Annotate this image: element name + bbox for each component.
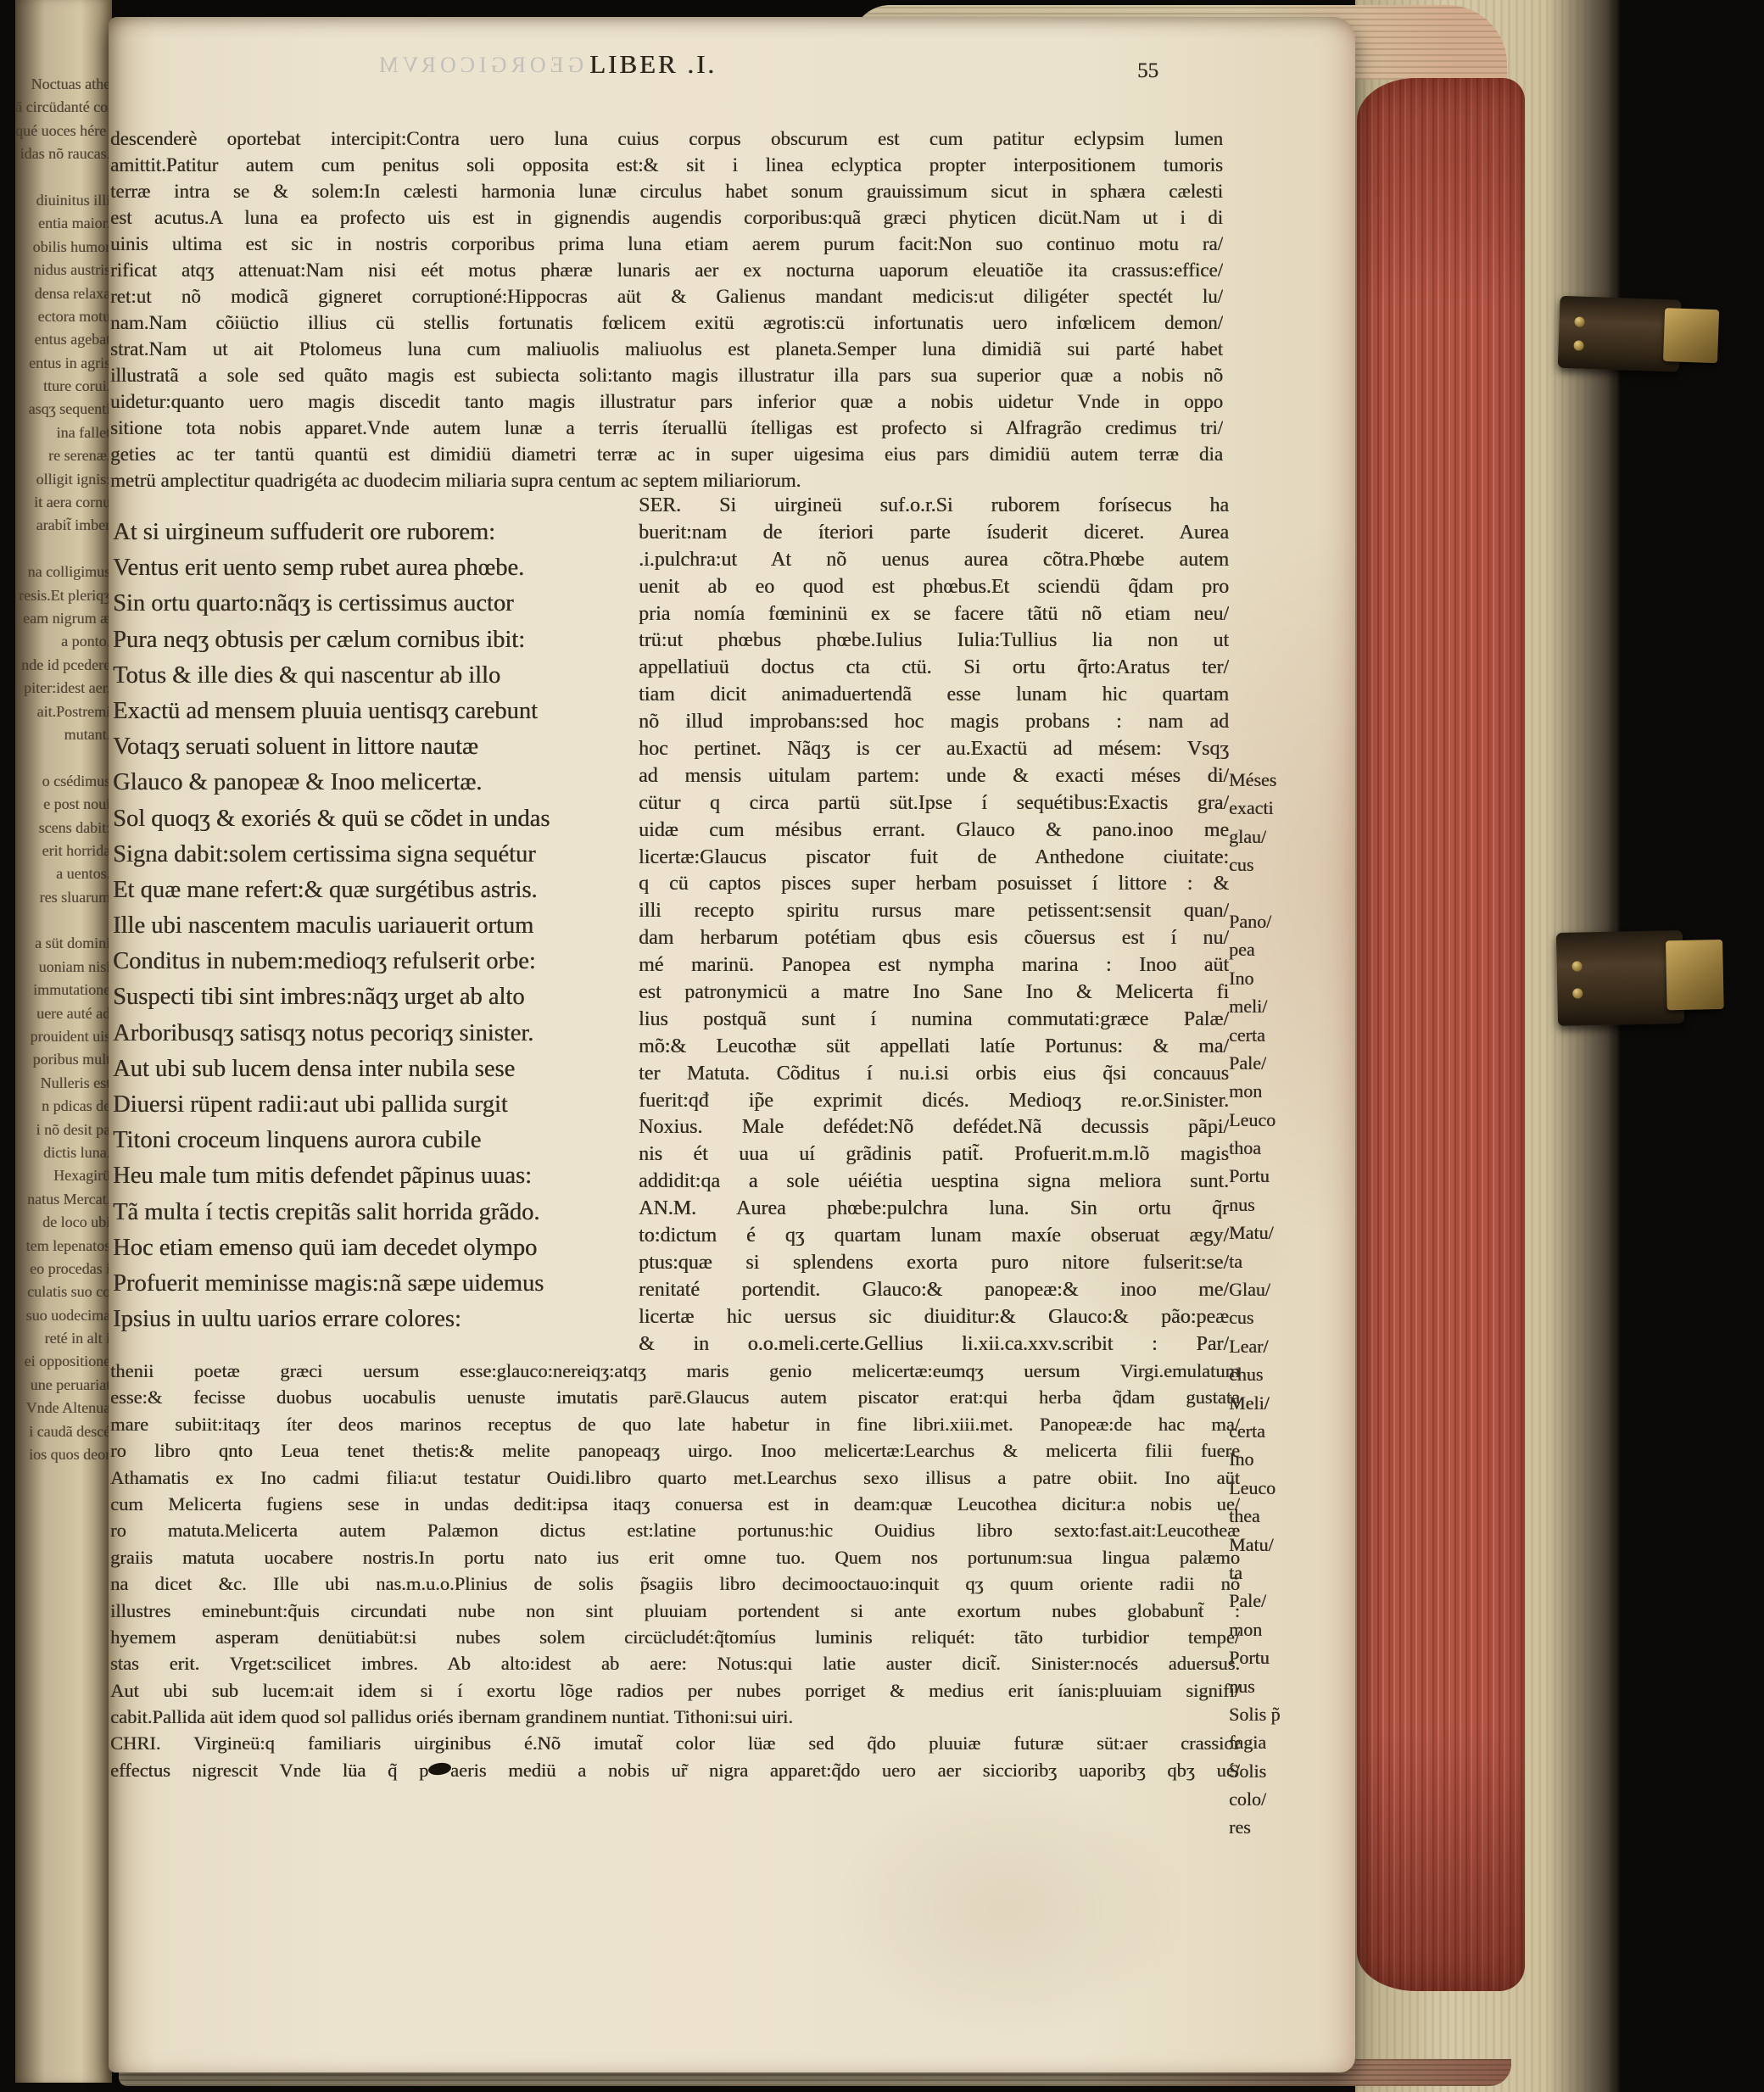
facing-fragment: res sluarum xyxy=(15,886,110,909)
facing-fragment: Hexagirü xyxy=(15,1164,110,1187)
facing-fragment xyxy=(15,166,110,189)
clasp-strap xyxy=(1556,930,1684,1026)
facing-fragment: ã circüdanté coll xyxy=(15,96,110,119)
margin-note: cus xyxy=(1229,1303,1356,1331)
margin-note: Leuco xyxy=(1229,1106,1356,1134)
commentary-footer-line: na dicet &c. Ille ubi nas.m.u.o.Plinius … xyxy=(110,1570,1240,1597)
facing-fragment: une peruariat xyxy=(15,1374,110,1397)
poem-line: Votaqʒ seruati soluent in littore nautæ xyxy=(113,729,698,765)
margin-note: Lear/ xyxy=(1229,1332,1356,1360)
poem-column: At si uirgineum suffuderit ore ruborem:V… xyxy=(113,515,698,1337)
margin-note: Solis xyxy=(1229,1757,1356,1785)
intro-line: ret:ut nõ modicã gigneret corruptioné:Hi… xyxy=(110,283,1223,310)
poem-line: Conditus in nubem:medioqʒ refulserit orb… xyxy=(113,944,698,979)
facing-fragment: i nõ desit pa xyxy=(15,1119,110,1141)
clasp-brass-plate xyxy=(1666,940,1723,1010)
commentary-line: addidit:qa a sole uéiétia uesptina signa… xyxy=(639,1169,1229,1196)
margin-note: res xyxy=(1229,1813,1356,1841)
commentary-line: Noxius. Male defédet:Nõ defédet.Nã decus… xyxy=(639,1114,1229,1141)
poem-line: Heu male tum mitis defendet pãpinus uuas… xyxy=(113,1158,698,1194)
facing-fragment: uere auté ad xyxy=(15,1002,110,1025)
commentary-line: mõ:& Leucothæ süt appellati latíe Portun… xyxy=(639,1034,1229,1061)
clasp-bottom xyxy=(1555,914,1724,1046)
poem-line: Titoni croceum linquens aurora cubile xyxy=(113,1123,698,1158)
intro-paragraph: descenderè oportebat intercipit:Contra u… xyxy=(110,126,1223,494)
commentary-line: & in o.o.meli.certe.Gellius li.xii.ca.xx… xyxy=(639,1331,1229,1358)
commentary-footer-line: stas erit. Vrget:scilicet imbres. Ab alt… xyxy=(110,1650,1240,1676)
facing-fragment: na colligimus xyxy=(15,561,110,583)
poem-line: Aut ubi sub lucem densa inter nubila ses… xyxy=(113,1052,698,1087)
facing-fragment: ina fallet xyxy=(15,421,110,444)
commentary-footer-line: mare subiit:itaqʒ íter deos marinos rece… xyxy=(110,1411,1240,1437)
commentary-line: dam herbarum potétiam qbus esis cõuersus… xyxy=(639,925,1229,952)
commentary-footer-line: Aut ubi sub lucem:ait idem si í exortu l… xyxy=(110,1677,1240,1704)
commentary-line: ad mensis uitulam partem: unde & exacti … xyxy=(639,763,1229,790)
commentary-line: tiam dicit animaduertendã esse lunam hic… xyxy=(639,682,1229,709)
facing-fragment: n pdicas de xyxy=(15,1095,110,1118)
facing-fragment: diuinitus illi xyxy=(15,189,110,212)
margin-note: exacti xyxy=(1229,794,1356,822)
margin-note: certa xyxy=(1229,1417,1356,1445)
facing-fragment: natus Mercat. xyxy=(15,1188,110,1211)
facing-page-text-fragments: Noctuas atheã circüdanté collqué uoces h… xyxy=(15,73,110,1466)
facing-fragment: olligit ignis: xyxy=(15,468,110,491)
poem-line: Et quæ mane refert:& quæ surgétibus astr… xyxy=(113,873,698,908)
facing-fragment xyxy=(15,746,110,769)
facing-fragment: ait.Postremi xyxy=(15,700,110,723)
margin-note: mon xyxy=(1229,1615,1356,1643)
margin-note: ta xyxy=(1229,1559,1356,1587)
commentary-line: renitaté portendit. Glauco:& panopeæ:& i… xyxy=(639,1277,1229,1304)
margin-note: Ino xyxy=(1229,1445,1356,1473)
facing-fragment: o csédimus xyxy=(15,770,110,793)
poem-line: Sol quoqʒ & exoriés & quü se cõdet in un… xyxy=(113,801,698,837)
commentary-line: ptus:quæ si splendens exorta puro nitore… xyxy=(639,1250,1229,1277)
poem-line: Hoc etiam emenso quü iam decedet olympo xyxy=(113,1230,698,1266)
intro-line: descenderè oportebat intercipit:Contra u… xyxy=(110,126,1223,152)
commentary-line: ter Matuta. Cõditus í nu.i.si orbis eius… xyxy=(639,1061,1229,1088)
facing-fragment: reté in alt i xyxy=(15,1327,110,1350)
facing-fragment: nidus austris xyxy=(15,259,110,282)
commentary-footer-line: ro matuta.Melicerta autem Palæmon dictus… xyxy=(110,1517,1240,1543)
facing-fragment: idas nõ raucas. xyxy=(15,142,110,165)
facing-fragment: poribus mult xyxy=(15,1048,110,1071)
facing-fragment: nde id pcedere xyxy=(15,654,110,677)
poem-line: Glauco & panopeæ & Inoo melicertæ. xyxy=(113,765,698,801)
facing-fragment: eam nigrum æ xyxy=(15,607,110,630)
commentary-line: to:dictum é qʒ quartam lunam maxíe obser… xyxy=(639,1223,1229,1250)
facing-fragment: prouident uis xyxy=(15,1025,110,1048)
fore-edge xyxy=(1357,78,1525,1991)
facing-fragment: immutatione xyxy=(15,979,110,1001)
facing-fragment: qué uoces hére a xyxy=(15,120,110,142)
margin-note: glau/ xyxy=(1229,823,1356,851)
commentary-line: buerit:nam de íteriori parte ísuderit di… xyxy=(639,520,1229,547)
facing-fragment: a süt domini xyxy=(15,932,110,955)
margin-note: Matu/ xyxy=(1229,1531,1356,1559)
facing-fragment: piter:idest aer. xyxy=(15,677,110,700)
commentary-line: uidæ cum mésibus errant. Glauco & pano.i… xyxy=(639,817,1229,845)
margin-note: Meli/ xyxy=(1229,1389,1356,1417)
commentary-line: est patronymicü a matre Ino Sane Ino & M… xyxy=(639,979,1229,1007)
poem-line: Tã multa í tectis crepitãs salit horrida… xyxy=(113,1195,698,1230)
margin-note: Pale/ xyxy=(1229,1587,1356,1615)
commentary-line: appellatiuü doctus cta ctü. Si ortu q̃rt… xyxy=(639,655,1229,682)
margin-note: Pano/ xyxy=(1229,907,1356,935)
commentary-line: nis ét uua uí grãdinis patit̃. Profuerit… xyxy=(639,1141,1229,1169)
poem-line: Arboribusqʒ satisqʒ notus pecoriqʒ sinis… xyxy=(113,1016,698,1052)
commentary-line: trü:ut phœbus phœbe.Iulius Iulia:Tullius… xyxy=(639,628,1229,655)
poem-line: Pura neqʒ obtusis per cælum cornibus ibi… xyxy=(113,622,698,658)
facing-fragment: erit horrida xyxy=(15,840,110,862)
intro-line: illustratã a sole sed quãto magis est su… xyxy=(110,362,1223,388)
facing-fragment: i caudã descé xyxy=(15,1420,110,1443)
commentary-line: mé marinü. Panopea est nympha marina : I… xyxy=(639,952,1229,979)
commentary-line: SER. Si uirgineü suf.o.r.Si ruborem forí… xyxy=(639,493,1229,520)
facing-fragment: it aera cornu xyxy=(15,491,110,514)
margin-note: thoa xyxy=(1229,1134,1356,1162)
margin-note: Solis p̃ xyxy=(1229,1700,1356,1728)
facing-fragment: ectora motu xyxy=(15,305,110,328)
facing-fragment: asqʒ sequenti xyxy=(15,398,110,421)
facing-fragment: re serenæ. xyxy=(15,444,110,467)
facing-fragment: eo procedas i xyxy=(15,1258,110,1280)
facing-fragment: Noctuas athe xyxy=(15,73,110,96)
intro-line: uinis ultima est sic in nostris corporib… xyxy=(110,231,1223,257)
poem-line: Signa dabit:solem certissima signa sequé… xyxy=(113,837,698,873)
commentary-column: SER. Si uirgineü suf.o.r.Si ruborem forí… xyxy=(639,493,1229,1358)
facing-fragment: e post nouí xyxy=(15,793,110,816)
facing-fragment: entia maior. xyxy=(15,212,110,235)
facing-fragment: a ponto. xyxy=(15,630,110,653)
margin-note: ta xyxy=(1229,1247,1356,1275)
commentary-line: AN.M. Aurea phœbe:pulchra luna. Sin ortu… xyxy=(639,1196,1229,1223)
facing-fragment: entus agebat xyxy=(15,328,110,351)
facing-fragment: Nulleris est xyxy=(15,1072,110,1095)
commentary-line: licertæ hic uersus sic diuiditur:& Glauc… xyxy=(639,1304,1229,1331)
commentary-footer-line: illustres eminebunt:q̃uis circundati nub… xyxy=(110,1598,1240,1624)
intro-line: sitione tota nobis apparet.Vnde autem lu… xyxy=(110,415,1223,441)
facing-fragment xyxy=(15,538,110,561)
commentary-footer-line: thenii poetæ græci uersum esse:glauco:ne… xyxy=(110,1358,1240,1384)
commentary-line: cütur q circa partü süt.Ipse í sequétibu… xyxy=(639,790,1229,817)
facing-fragment: obilis humor xyxy=(15,236,110,259)
margin-note: Portu xyxy=(1229,1643,1356,1671)
margin-note: cus xyxy=(1229,851,1356,879)
facing-fragment: Vnde Altenua xyxy=(15,1397,110,1420)
commentary-footer-line: esse:& fecisse duobus uocabulis uenuste … xyxy=(110,1384,1240,1410)
commentary-line: lius postquã sunt í numina commutati:græ… xyxy=(639,1007,1229,1034)
facing-page-edge: Noctuas atheã circüdanté collqué uoces h… xyxy=(15,0,112,2083)
commentary-line: uenit ab eo quod est phœbus.Et sciendü q… xyxy=(639,574,1229,601)
facing-fragment: de loco ubi xyxy=(15,1211,110,1234)
commentary-footer-line: hyemem asperam denütiabüt:si nubes solem… xyxy=(110,1624,1240,1650)
facing-fragment: a uentos. xyxy=(15,862,110,885)
facing-fragment: densa relaxa xyxy=(15,282,110,305)
intro-line: est acutus.A luna ea profecto uis est in… xyxy=(110,204,1223,231)
commentary-line: hoc pertinet. Nãqʒ is cer au.Exactü ad m… xyxy=(639,736,1229,763)
commentary-footer-line: ro libro qnto Leua tenet thetis:& melite… xyxy=(110,1437,1240,1464)
commentary-line: nõ illud improbans:sed hoc magis probans… xyxy=(639,709,1229,736)
commentary-line: licertæ:Glaucus piscator fuit de Anthedo… xyxy=(639,845,1229,872)
margin-note: Glau/ xyxy=(1229,1275,1356,1303)
commentary-footer-line: graiis matuta uocabere nostris.In portu … xyxy=(110,1544,1240,1570)
commentary-line: illi recepto spiritu rursus mare petisse… xyxy=(639,898,1229,925)
margin-note: pea xyxy=(1229,935,1356,963)
intro-line: nam.Nam cõiüctio illius cü stellis fortu… xyxy=(110,310,1223,336)
commentary-line: pria nomía fœmininü ex se facere tãtü nõ… xyxy=(639,601,1229,628)
margin-note: fagia xyxy=(1229,1728,1356,1756)
margin-note: certa xyxy=(1229,1021,1356,1049)
intro-line: uidetur:quanto uero magis discedit tanto… xyxy=(110,388,1223,415)
facing-fragment: entus in agris xyxy=(15,352,110,375)
facing-fragment: resis.Et pleriqʒ xyxy=(15,584,110,607)
clasp-strap xyxy=(1558,296,1682,372)
commentary-footer-line: cum Melicerta fugiens sese in undas dedi… xyxy=(110,1491,1240,1517)
margin-note: meli/ xyxy=(1229,992,1356,1020)
margin-note: Pale/ xyxy=(1229,1049,1356,1077)
margin-note: nus xyxy=(1229,1191,1356,1219)
poem-line: Profuerit meminisse magis:nã sæpe uidemu… xyxy=(113,1266,698,1302)
commentary-footer-line: CHRI. Virgineü:q familiaris uirginibus é… xyxy=(110,1730,1240,1756)
margin-note: Leuco xyxy=(1229,1474,1356,1502)
intro-line: geties ac ter tantü quantü est dimidiü d… xyxy=(110,441,1223,467)
margin-note xyxy=(1229,879,1356,907)
poem-line: At si uirgineum suffuderit ore ruborem: xyxy=(113,515,698,550)
poem-line: Ille ubi nascentem maculis uariauerit or… xyxy=(113,908,698,944)
facing-fragment: uoniam nisi xyxy=(15,956,110,979)
poem-line: Exactü ad mensem pluuia uentisqʒ carebun… xyxy=(113,694,698,729)
facing-fragment: ei oppositione xyxy=(15,1350,110,1373)
intro-line: metrü amplectitur quadrigéta ac duodecim… xyxy=(110,467,1223,494)
intro-line: terræ intra se & solem:In cælesti harmon… xyxy=(110,178,1223,204)
clasp-brass-plate xyxy=(1663,308,1719,364)
intro-line: strat.Nam ut ait Ptolomeus luna cum mali… xyxy=(110,336,1223,362)
margin-note: Matu/ xyxy=(1229,1219,1356,1247)
poem-line: Diuersi rüpent radii:aut ubi pallida sur… xyxy=(113,1087,698,1123)
poem-line: Ipsius in uultu uarios errare colores: xyxy=(113,1302,698,1337)
commentary-footer-line: effectus nigrescit Vnde lüa q̃ p aeris m… xyxy=(110,1757,1240,1783)
intro-line: rificat atqʒ attenuat:Nam nisi eét motus… xyxy=(110,257,1223,283)
margin-note: nus xyxy=(1229,1672,1356,1700)
intro-line: amittit.Patitur autem cum penitus soli o… xyxy=(110,152,1223,178)
facing-fragment: mutant. xyxy=(15,723,110,746)
facing-fragment: tem lepenatos xyxy=(15,1235,110,1258)
poem-line: Ventus erit uento semp rubet aurea phœbe… xyxy=(113,550,698,586)
poem-line: Suspecti tibi sint imbres:nãqʒ urget ab … xyxy=(113,979,698,1015)
margin-note: thea xyxy=(1229,1502,1356,1530)
margin-note: colo/ xyxy=(1229,1785,1356,1813)
poem-line: Sin ortu quarto:nãqʒ is certissimus auct… xyxy=(113,586,698,622)
commentary-footer-line: Athamatis ex Ino cadmi filia:ut testatur… xyxy=(110,1464,1240,1491)
commentary-line: q cü captos pisces super herbam posuisse… xyxy=(639,871,1229,898)
commentary-line: fuerit:qđ ip̃e exprimit dicés. Medioqʒ r… xyxy=(639,1088,1229,1115)
poem-line: Totus & ille dies & qui nascentur ab ill… xyxy=(113,658,698,694)
margin-note: chus xyxy=(1229,1360,1356,1388)
page-number: 55 xyxy=(1137,59,1158,83)
margin-note: Portu xyxy=(1229,1162,1356,1190)
commentary-line: .i.pulchra:ut At nõ uenus aurea cõtra.Ph… xyxy=(639,547,1229,574)
facing-fragment: ios quos deor xyxy=(15,1443,110,1466)
margin-note: mon xyxy=(1229,1077,1356,1105)
commentary-footer-line: cabit.Pallida aüt idem quod sol pallidus… xyxy=(110,1704,1240,1730)
margin-note: Ino xyxy=(1229,964,1356,992)
page-title: LIBER .I. xyxy=(458,49,848,80)
facing-fragment: suo uodecima xyxy=(15,1304,110,1327)
commentary-footer: thenii poetæ græci uersum esse:glauco:ne… xyxy=(110,1358,1240,1783)
facing-fragment: dictis luna. xyxy=(15,1141,110,1164)
margin-note: Méses xyxy=(1229,766,1356,794)
facing-fragment: arabit̃ imber xyxy=(15,514,110,537)
facing-fragment: tture corui. xyxy=(15,375,110,398)
margin-notes: Mésesexactiglau/cusPano/peaInomeli/certa… xyxy=(1229,766,1356,1842)
facing-fragment: culatis suo co xyxy=(15,1280,110,1303)
facing-fragment xyxy=(15,909,110,932)
clasp-top xyxy=(1557,284,1720,389)
facing-fragment: scens dabit: xyxy=(15,817,110,840)
